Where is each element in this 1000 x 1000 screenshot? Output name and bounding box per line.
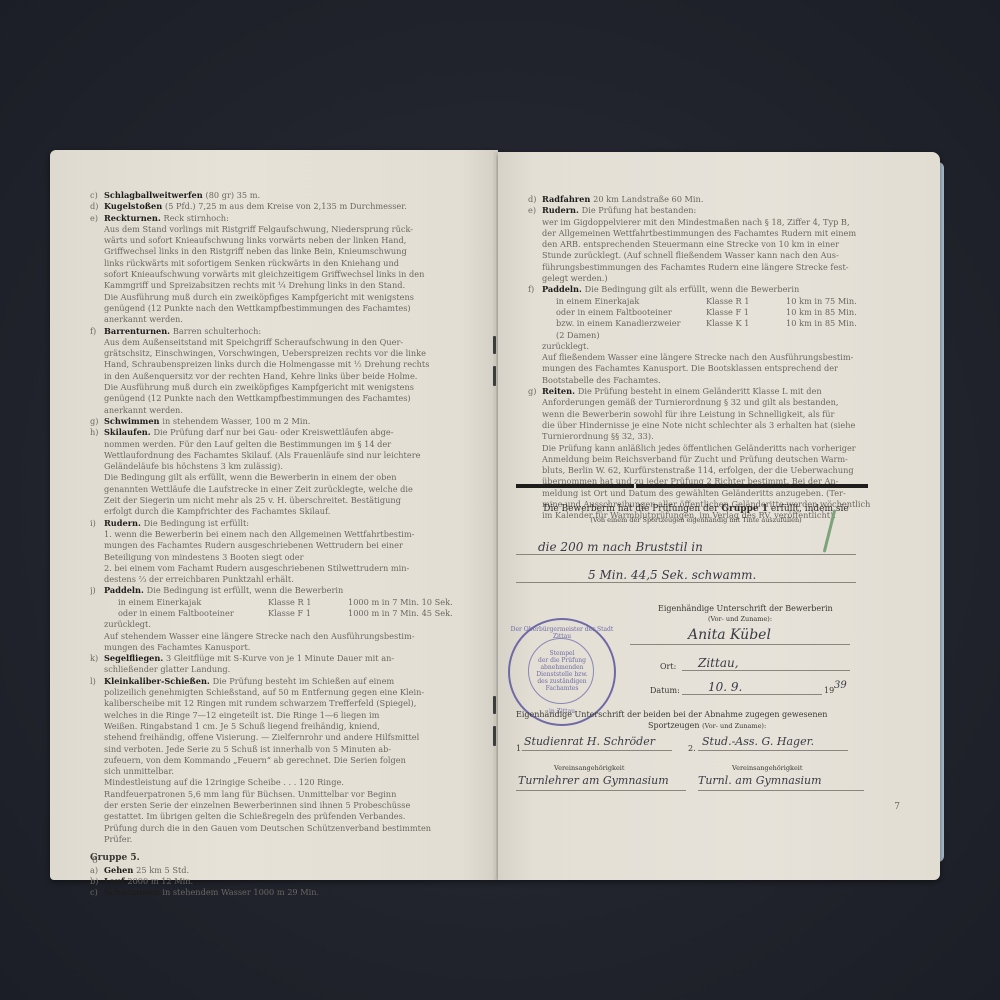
text-line: nommen werden. Für den Lauf gelten die B… <box>90 439 500 450</box>
paddeln-table-row: (2 Damen) <box>528 330 908 341</box>
text-line: Die Ausführung muß durch ein zweiköpfige… <box>90 382 500 393</box>
paddeln-table-row: in einem EinerkajakKlasse R 11000 m in 7… <box>90 597 500 608</box>
text-line: Turnierordnung §§ 32, 33). <box>528 431 908 442</box>
item-marker <box>90 348 104 359</box>
text-line: Stunde zurücklegt. (Auf schnell fließend… <box>528 250 908 261</box>
stamp-center-text: Stempelder die PrüfungabnehmendenDiensts… <box>510 650 614 692</box>
open-booklet: c)Schlagballweitwerfen (80 gr) 35 m.d)Ku… <box>46 140 946 888</box>
item-title: Skilaufen. <box>104 427 153 437</box>
form-heading: Die Bewerberin hat die Prüfungen der Gru… <box>516 504 876 514</box>
text-line: 2. bei einem vom Fachamt Rudern ausgesch… <box>90 563 500 574</box>
club-1-line <box>516 790 686 791</box>
item-marker <box>528 420 542 431</box>
item-marker: e) <box>90 213 104 224</box>
item-marker <box>90 450 104 461</box>
text-line: Mindestleistung auf die 12ringige Scheib… <box>90 777 500 788</box>
text-line: a)Gehen 25 km 5 Std. <box>90 865 500 876</box>
item-marker: c) <box>90 887 104 898</box>
item-title: Kugelstoßen <box>104 201 165 211</box>
staple <box>493 726 496 746</box>
item-marker <box>90 280 104 291</box>
text-line: bluts, Berlin W. 62, Kurfürstenstraße 11… <box>528 465 908 476</box>
item-marker <box>90 484 104 495</box>
witness-1-club: Turnlehrer am Gymnasium <box>518 774 669 787</box>
item-marker <box>90 732 104 743</box>
text-line: f)Paddeln. Die Bedingung gilt als erfüll… <box>528 284 908 295</box>
item-marker <box>90 619 104 630</box>
text-line: Die Bedingung gilt als erfüllt, wenn die… <box>90 472 500 483</box>
text-line: sind verboten. Jede Serie zu 5 Schuß ist… <box>90 744 500 755</box>
item-title: Radfahren <box>542 194 593 204</box>
item-marker <box>528 397 542 408</box>
text-line: Kammgriff und Spreizabsitzen rechts mit … <box>90 280 500 291</box>
item-title: Rudern. <box>104 518 144 528</box>
text-line: grätschsitz, Einschwingen, Vorschwingen,… <box>90 348 500 359</box>
applicant-signature-label: Eigenhändige Unterschrift der Bewerberin <box>658 604 833 613</box>
item-marker <box>90 495 104 506</box>
text-line: genügend (12 Punkte nach den Wettkampfbe… <box>90 303 500 314</box>
item-title: Reckturnen. <box>104 213 164 223</box>
item-marker <box>90 631 104 642</box>
paddeln-table-row: oder in einem FaltbooteinerKlasse F 1100… <box>90 608 500 619</box>
handwritten-result-line-2: 5 Min. 44,5 Sek. schwamm. <box>588 568 756 582</box>
result-line-2 <box>516 582 856 583</box>
item-marker <box>528 465 542 476</box>
item-marker <box>90 224 104 235</box>
handwritten-result-line-1: die 200 m nach Bruststil in <box>538 540 703 554</box>
text-line: Aus dem Außenseitstand mit Speichgriff S… <box>90 337 500 348</box>
text-line: f)Barrenturnen. Barren schulterhoch: <box>90 326 500 337</box>
item-marker <box>90 359 104 370</box>
item-marker <box>528 375 542 386</box>
item-marker <box>528 273 542 284</box>
divider-rule <box>516 484 868 488</box>
item-title: Schlagballweitwerfen <box>104 190 206 200</box>
text-line: k)Segelfliegen. 3 Gleitflüge mit S-Kurve… <box>90 653 500 664</box>
text-line: links rückwärts mit sofortigem Senken rü… <box>90 258 500 269</box>
item-title: Gehen <box>104 865 136 875</box>
text-line: mungen des Fachamtes Kanusport. Die Boot… <box>528 363 908 374</box>
item-marker <box>90 789 104 800</box>
text-line: Auf fließendem Wasser eine längere Strec… <box>528 352 908 363</box>
item-marker <box>90 710 104 721</box>
item-marker: l) <box>90 676 104 687</box>
text-line: i)Rudern. Die Bedingung ist erfüllt: <box>90 518 500 529</box>
text-line: zufeuern, von dem Kommando „Feuern“ ab g… <box>90 755 500 766</box>
page-number-left: 6 <box>92 856 98 866</box>
spine-fold <box>494 152 496 878</box>
text-line: sofort Knieaufschwung vorwärts mit gleic… <box>90 269 500 280</box>
item-marker <box>90 371 104 382</box>
text-line: genannten Wettläufe die Laufstrecke in e… <box>90 484 500 495</box>
club-label-2: Vereinsangehörigkeit <box>732 764 803 772</box>
text-line: Beteiligung von mindestens 3 Booten sieg… <box>90 552 500 563</box>
item-marker <box>528 250 542 261</box>
item-marker: b) <box>90 876 104 887</box>
ort-line <box>682 670 850 671</box>
right-page: d)Radfahren 20 km Landstraße 60 Min.e)Ru… <box>498 152 940 880</box>
text-line: 1. wenn die Bewerberin bei einem nach de… <box>90 529 500 540</box>
text-line: schließender glatter Landung. <box>90 664 500 675</box>
item-marker <box>528 431 542 442</box>
item-marker: g) <box>90 416 104 427</box>
form-subheading: (Von einem der Sportzeugen eigenhändig m… <box>516 516 876 524</box>
year-value: 39 <box>834 680 847 691</box>
item-title: Reiten. <box>542 386 578 396</box>
item-marker <box>90 472 104 483</box>
item-marker <box>90 303 104 314</box>
text-line: j)Paddeln. Die Bedingung ist erfüllt, we… <box>90 585 500 596</box>
signature-line <box>630 644 850 645</box>
applicant-signature: Anita Kübel <box>688 627 771 643</box>
text-line: mungen des Fachamtes Rudern ausgeschrieb… <box>90 540 500 551</box>
item-marker <box>90 800 104 811</box>
club-2-line <box>698 790 864 791</box>
item-marker <box>90 755 104 766</box>
item-marker <box>90 777 104 788</box>
text-line: d)Kugelstoßen (5 Pfd.) 7,25 m aus dem Kr… <box>90 201 500 212</box>
item-marker <box>528 239 542 250</box>
item-marker <box>90 540 104 551</box>
item-marker <box>90 664 104 675</box>
text-line: in den Außenquersitz vor der rechten Han… <box>90 371 500 382</box>
group-5-heading: Gruppe 5. <box>90 853 500 864</box>
item-title: Barrenturnen. <box>104 326 173 336</box>
text-line: der Allgemeinen Wettfahrtbestimmungen de… <box>528 228 908 239</box>
text-line: Zeit der Siegerin um nicht mehr als 25 v… <box>90 495 500 506</box>
text-line: welches in die Ringe 7—12 eingeteilt ist… <box>90 710 500 721</box>
text-line: e)Rudern. Die Prüfung hat bestanden: <box>528 205 908 216</box>
text-line: g)Reiten. Die Prüfung besteht in einem G… <box>528 386 908 397</box>
item-marker <box>90 744 104 755</box>
text-line: Bootstabelle des Fachamtes. <box>528 375 908 386</box>
club-label-1: Vereinsangehörigkeit <box>554 764 625 772</box>
item-marker: k) <box>90 653 104 664</box>
item-marker <box>528 217 542 228</box>
paddeln-table-row: in einem EinerkajakKlasse R 110 km in 75… <box>528 296 908 307</box>
text-line: Anmeldung beim Reichsverband für Zucht u… <box>528 454 908 465</box>
item-title: Schwimmen <box>104 416 162 426</box>
witness-2-signature: Stud.-Ass. G. Hager. <box>702 735 814 748</box>
text-line: der ersten Serie der einzelnen Bewerberi… <box>90 800 500 811</box>
text-line: den ARB. entsprechenden Steuermann eine … <box>528 239 908 250</box>
item-marker: d) <box>528 194 542 205</box>
text-line: Die Ausführung muß durch ein zweiköpfige… <box>90 292 500 303</box>
item-marker <box>90 235 104 246</box>
text-line: d)Radfahren 20 km Landstraße 60 Min. <box>528 194 908 205</box>
text-line: Die Prüfung kann anläßlich jedes öffentl… <box>528 443 908 454</box>
text-line: Anforderungen gemäß der Turnierordnung §… <box>528 397 908 408</box>
item-marker: a) <box>90 865 104 876</box>
text-line: Prüfung durch die in den Gauen vom Deuts… <box>90 823 500 834</box>
item-marker <box>90 405 104 416</box>
text-line: h)Skilaufen. Die Prüfung darf nur bei Ga… <box>90 427 500 438</box>
item-marker: c) <box>90 190 104 201</box>
text-line: Prüfer. <box>90 834 500 845</box>
text-line: l)Kleinkaliber-Schießen. Die Prüfung bes… <box>90 676 500 687</box>
text-line: g)Schwimmen in stehendem Wasser, 100 m 2… <box>90 416 500 427</box>
item-marker <box>528 488 542 499</box>
text-line: Hand, Schraubenspreizen links durch die … <box>90 359 500 370</box>
item-title: Paddeln. <box>542 284 585 294</box>
item-marker <box>528 228 542 239</box>
item-marker <box>90 552 104 563</box>
item-marker <box>90 687 104 698</box>
text-line: wärts und sofort Knieaufschwung links vo… <box>90 235 500 246</box>
item-marker <box>90 292 104 303</box>
text-line: Randfeuerpatronen 5,6 mm lang für Büchse… <box>90 789 500 800</box>
text-line: zurücklegt. <box>528 341 908 352</box>
staple <box>493 366 496 386</box>
item-marker: f) <box>528 284 542 295</box>
item-marker <box>528 363 542 374</box>
text-line: sich unmittelbar. <box>90 766 500 777</box>
text-line: zurücklegt. <box>90 619 500 630</box>
witness-1-signature: Studienrat H. Schröder <box>524 735 655 748</box>
text-line: c)Schlagballweitwerfen (80 gr) 35 m. <box>90 190 500 201</box>
text-line: gestattet. Im übrigen gelten die Schießr… <box>90 811 500 822</box>
text-line: anerkannt werden. <box>90 314 500 325</box>
result-line-1 <box>516 554 856 555</box>
item-marker: h) <box>90 427 104 438</box>
item-marker <box>90 393 104 404</box>
text-line: Auf stehendem Wasser eine längere Streck… <box>90 631 500 642</box>
datum-line <box>682 694 822 695</box>
text-line: c)Schwimmen in stehendem Wasser 1000 m 2… <box>90 887 500 898</box>
item-marker <box>90 811 104 822</box>
staple <box>493 336 496 354</box>
item-marker <box>90 529 104 540</box>
text-line: wer im Gigdoppelvierer mit den Mindestma… <box>528 217 908 228</box>
item-marker <box>528 409 542 420</box>
item-marker <box>528 454 542 465</box>
text-line: genügend (12 Punkte nach den Wettkampfbe… <box>90 393 500 404</box>
left-page-text: c)Schlagballweitwerfen (80 gr) 35 m.d)Ku… <box>90 190 500 898</box>
item-marker <box>90 314 104 325</box>
item-title: Rudern. <box>542 205 582 215</box>
text-line: destens ⅔ der erreichbaren Punktzahl erh… <box>90 574 500 585</box>
item-title: Schwimmen <box>104 887 162 897</box>
item-marker: g) <box>528 386 542 397</box>
item-marker <box>90 269 104 280</box>
item-marker <box>90 721 104 732</box>
text-line: polizeilich genehmigten Schießstand, auf… <box>90 687 500 698</box>
item-marker <box>528 352 542 363</box>
text-line: Wettlaufordnung des Fachamtes Skilauf. (… <box>90 450 500 461</box>
item-marker <box>90 642 104 653</box>
text-line: Aus dem Stand vorlings mit Ristgriff Fel… <box>90 224 500 235</box>
item-marker: e) <box>528 205 542 216</box>
item-marker: j) <box>90 585 104 596</box>
item-marker <box>90 382 104 393</box>
item-marker <box>90 439 104 450</box>
text-line: b)Lauf 2000 m 12 Min. <box>90 876 500 887</box>
item-marker <box>90 823 104 834</box>
item-marker <box>90 461 104 472</box>
witness-2-club: Turnl. am Gymnasium <box>698 774 822 787</box>
text-line: mungen des Fachamtes Kanusport. <box>90 642 500 653</box>
witness-label: Eigenhändige Unterschrift der beiden bei… <box>516 710 827 719</box>
item-marker: d) <box>90 201 104 212</box>
item-marker <box>90 698 104 709</box>
item-marker <box>528 262 542 273</box>
text-line: Geländeläufe bis höchstens 3 km zulässig… <box>90 461 500 472</box>
item-marker <box>90 506 104 517</box>
item-marker <box>90 337 104 348</box>
text-line: meldung ist Ort und Datum des gewählten … <box>528 488 908 499</box>
paddeln-table-row: oder in einem FaltbooteinerKlasse F 110 … <box>528 307 908 318</box>
paddeln-table-row: bzw. in einem KanadierzweierKlasse K 110… <box>528 318 908 329</box>
item-marker <box>90 574 104 585</box>
item-marker <box>90 258 104 269</box>
ort-value: Zittau, <box>698 656 739 670</box>
item-marker: i) <box>90 518 104 529</box>
witness-2-line <box>698 750 848 751</box>
item-title: Paddeln. <box>104 585 147 595</box>
item-marker: f) <box>90 326 104 337</box>
page-number-right: 7 <box>894 802 900 812</box>
text-line: kaliberscheibe mit 12 Ringen mit rundem … <box>90 698 500 709</box>
staple <box>493 696 496 714</box>
text-line: die über Hindernisse je eine Note nicht … <box>528 420 908 431</box>
item-marker <box>90 834 104 845</box>
datum-label: Datum: <box>650 686 680 695</box>
item-title: Segelfliegen. <box>104 653 166 663</box>
text-line: führungsbestimmungen des Fachamtes Ruder… <box>528 262 908 273</box>
item-marker <box>90 246 104 257</box>
datum-value: 10. 9. <box>708 680 742 694</box>
ort-label: Ort: <box>660 662 676 671</box>
text-line: gelegt werden.) <box>528 273 908 284</box>
item-marker <box>90 563 104 574</box>
item-marker <box>528 341 542 352</box>
text-line: erfolgt durch die Kampfrichter des Facha… <box>90 506 500 517</box>
item-title: Lauf <box>104 876 127 886</box>
text-line: wenn die Bewerberin sowohl für ihre Leis… <box>528 409 908 420</box>
item-marker <box>90 766 104 777</box>
text-line: stehend freihändig, offene Visierung. — … <box>90 732 500 743</box>
left-page: c)Schlagballweitwerfen (80 gr) 35 m.d)Ku… <box>50 150 498 880</box>
right-page-text: d)Radfahren 20 km Landstraße 60 Min.e)Ru… <box>528 194 908 522</box>
item-marker <box>528 443 542 454</box>
item-title: Kleinkaliber-Schießen. <box>104 676 213 686</box>
text-line: Weißen. Ringabstand 1 cm. Je 5 Schuß lie… <box>90 721 500 732</box>
witness-1-line <box>522 750 672 751</box>
text-line: e)Reckturnen. Reck stirnhoch: <box>90 213 500 224</box>
text-line: Griffwechsel links in den Ristgriff nebe… <box>90 246 500 257</box>
text-line: anerkannt werden. <box>90 405 500 416</box>
